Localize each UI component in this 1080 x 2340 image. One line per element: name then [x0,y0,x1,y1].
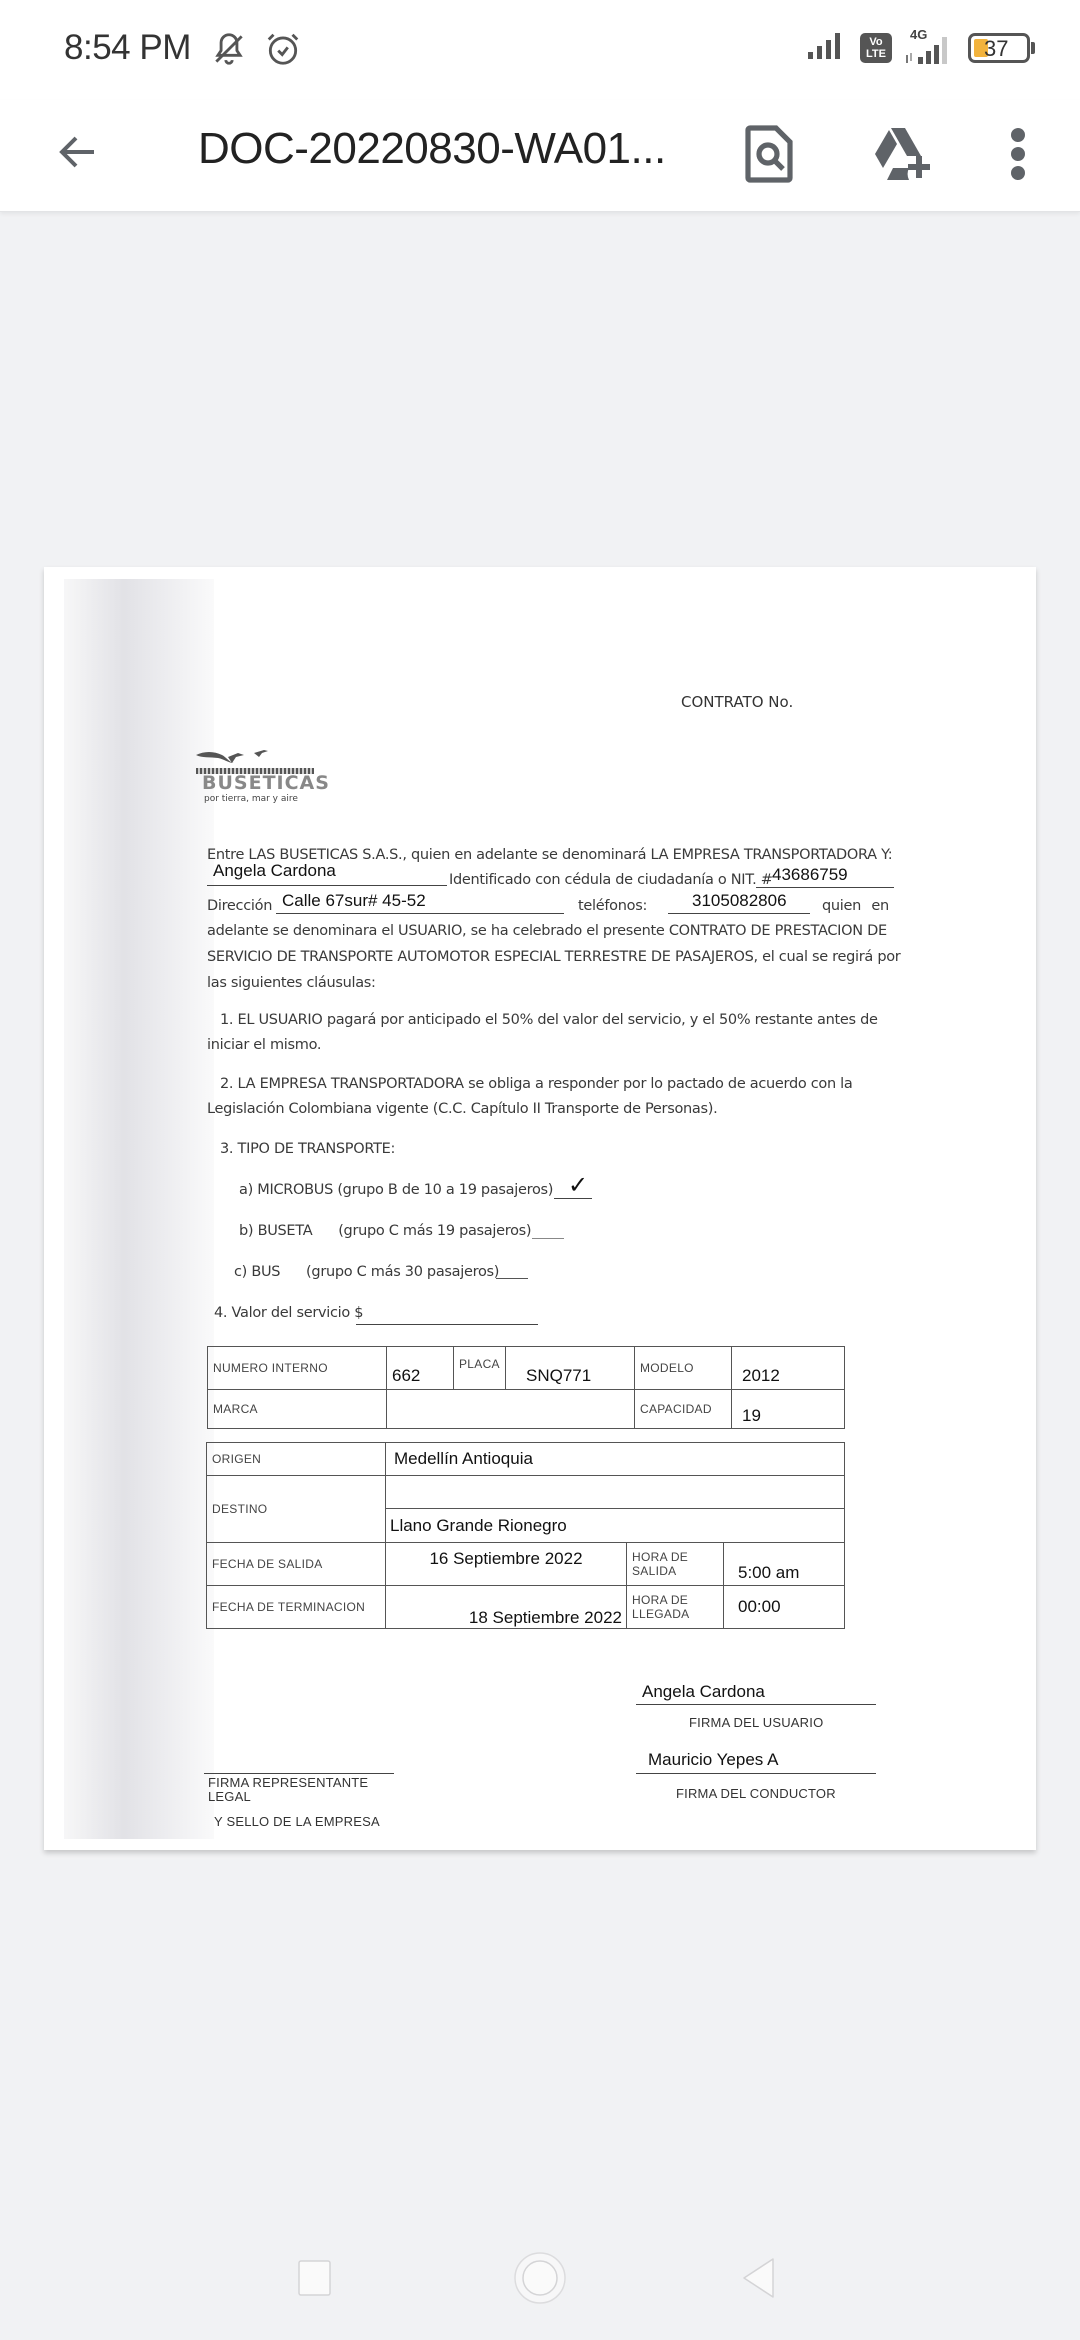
clause-3-title: 3. TIPO DE TRANSPORTE: [220,1137,395,1162]
drive-add-icon [871,126,933,187]
intro-line-5: SERVICIO DE TRANSPORTE AUTOMOTOR ESPECIA… [207,945,900,970]
usuario-signature-line [636,1704,876,1705]
trip-table: ORIGEN Medellín Antioquia DESTINO Llano … [206,1442,845,1629]
tipo-microbus-checkbox[interactable]: ✓ [554,1175,592,1199]
conductor-signature-caption: FIRMA DEL CONDUCTOR [676,1786,836,1801]
system-back-button[interactable] [724,2245,794,2315]
more-vert-icon [1008,127,1028,186]
tipo-buseta-checkbox[interactable] [532,1217,564,1239]
company-logo: BUSETICAS por tierra, mar y aire [194,745,319,805]
logo-tagline: por tierra, mar y aire [204,794,298,804]
destino-cell-1 [386,1476,845,1509]
status-time: 8:54 PM [64,28,191,68]
mute-icon [210,30,248,73]
status-left-icons [210,30,302,73]
clause-1-line-1: 1. EL USUARIO pagará por anticipado el 5… [220,1008,878,1033]
destino-cell-2: Llano Grande Rionegro [386,1509,845,1543]
hora-llegada-cell: 00:00 [724,1586,845,1629]
valor-servicio-label: 4. Valor del servicio $ [214,1301,363,1326]
vehicle-table: NUMERO INTERNO 662 PLACA SNQ771 MODELO 2… [207,1346,845,1429]
battery-icon: 37 [968,33,1036,63]
contract-number-label: CONTRATO No. [681,693,793,711]
more-options-button[interactable] [982,120,1054,192]
representante-signature-line [204,1773,394,1774]
conductor-signature-line [636,1773,876,1774]
origen-cell: Medellín Antioquia [386,1443,845,1476]
home-button[interactable] [505,2245,575,2315]
modelo-label-cell: MODELO [635,1347,732,1390]
marca-cell [387,1390,635,1429]
destino-label-cell: DESTINO [207,1476,386,1543]
usuario-signature-caption: FIRMA DEL USUARIO [689,1715,823,1730]
intro-line-6: las siguientes cláusulas: [207,971,376,996]
signal-icon [808,30,848,65]
sello-caption: Y SELLO DE LA EMPRESA [214,1814,380,1829]
placa-cell: SNQ771 [506,1347,635,1390]
modelo-cell: 2012 [732,1347,845,1390]
fecha-terminacion-cell: 18 Septiembre 2022 [386,1586,627,1629]
fecha-terminacion-label-cell: FECHA DE TERMINACION [207,1586,386,1629]
search-in-document-button[interactable] [734,120,806,192]
telefonos-label: teléfonos: [578,894,647,919]
pdf-viewer-screen: 8:54 PM Vo LTE 4G [0,0,1080,2340]
alarm-icon [264,30,302,73]
conductor-signature-name: Mauricio Yepes A [648,1750,778,1770]
fecha-salida-cell: 16 Septiembre 2022 [386,1543,627,1586]
clause-2-line-1: 2. LA EMPRESA TRANSPORTADORA se obliga a… [220,1072,853,1097]
nit-field: 43686759 [756,864,894,888]
telefono-field: 3105082806 [668,890,810,914]
direccion-label: Dirección [207,894,272,919]
recents-button[interactable] [280,2245,350,2315]
back-button[interactable] [46,122,110,186]
placa-label-cell: PLACA [454,1347,506,1390]
4g-signal-icon: 4G [904,31,956,65]
clause-2-line-2: Legislación Colombiana vigente (C.C. Cap… [207,1097,717,1122]
document-title: DOC-20220830-WA01... [198,124,666,174]
add-to-drive-button[interactable] [866,120,938,192]
status-bar: 8:54 PM Vo LTE 4G [0,0,1080,100]
usuario-name-field: Angela Cardona [207,862,447,886]
arrow-back-icon [54,128,102,181]
hora-salida-label-cell: HORA DE SALIDA [627,1543,724,1586]
quien-en-text: quien en [822,894,889,919]
tipo-bus-label: c) BUS (grupo C más 30 pasajeros) [234,1260,499,1285]
fecha-salida-label-cell: FECHA DE SALIDA [207,1543,386,1586]
navigation-bar [0,2200,1080,2340]
contract-document: CONTRATO No. BUSETICAS por tierra, mar y… [44,567,1036,1850]
app-bar: DOC-20220830-WA01... [0,100,1080,212]
usuario-signature-name: Angela Cardona [642,1682,765,1702]
origen-label-cell: ORIGEN [207,1443,386,1476]
status-right-icons: Vo LTE 4G 37 [808,30,1036,65]
back-icon [741,2257,777,2304]
recents-icon [297,2259,333,2302]
bird-logo-icon [194,745,284,769]
hora-llegada-label-cell: HORA DE LLEGADA [627,1586,724,1629]
home-icon [512,2250,568,2311]
clause-1-line-2: iniciar el mismo. [207,1033,321,1058]
logo-name: BUSETICAS [202,772,330,794]
file-search-icon [744,124,796,189]
direccion-field: Calle 67sur# 45-52 [276,890,564,914]
volte-icon: Vo LTE [860,33,892,63]
marca-label-cell: MARCA [208,1390,387,1429]
numero-interno-label-cell: NUMERO INTERNO [208,1347,387,1390]
intro-line-4: adelante se denominara el USUARIO, se ha… [207,919,887,944]
tipo-bus-checkbox[interactable] [496,1257,528,1279]
capacidad-cell: 19 [732,1390,845,1429]
tipo-buseta-label: b) BUSETA (grupo C más 19 pasajeros) [239,1219,531,1244]
hora-salida-cell: 5:00 am [724,1543,845,1586]
capacidad-label-cell: CAPACIDAD [635,1390,732,1429]
tipo-microbus-label: a) MICROBUS (grupo B de 10 a 19 pasajero… [239,1178,553,1203]
valor-servicio-field [356,1303,538,1325]
document-page[interactable]: CONTRATO No. BUSETICAS por tierra, mar y… [44,567,1036,1850]
numero-interno-cell: 662 [387,1347,454,1390]
representante-caption: FIRMA REPRESENTANTE LEGAL [208,1776,368,1804]
